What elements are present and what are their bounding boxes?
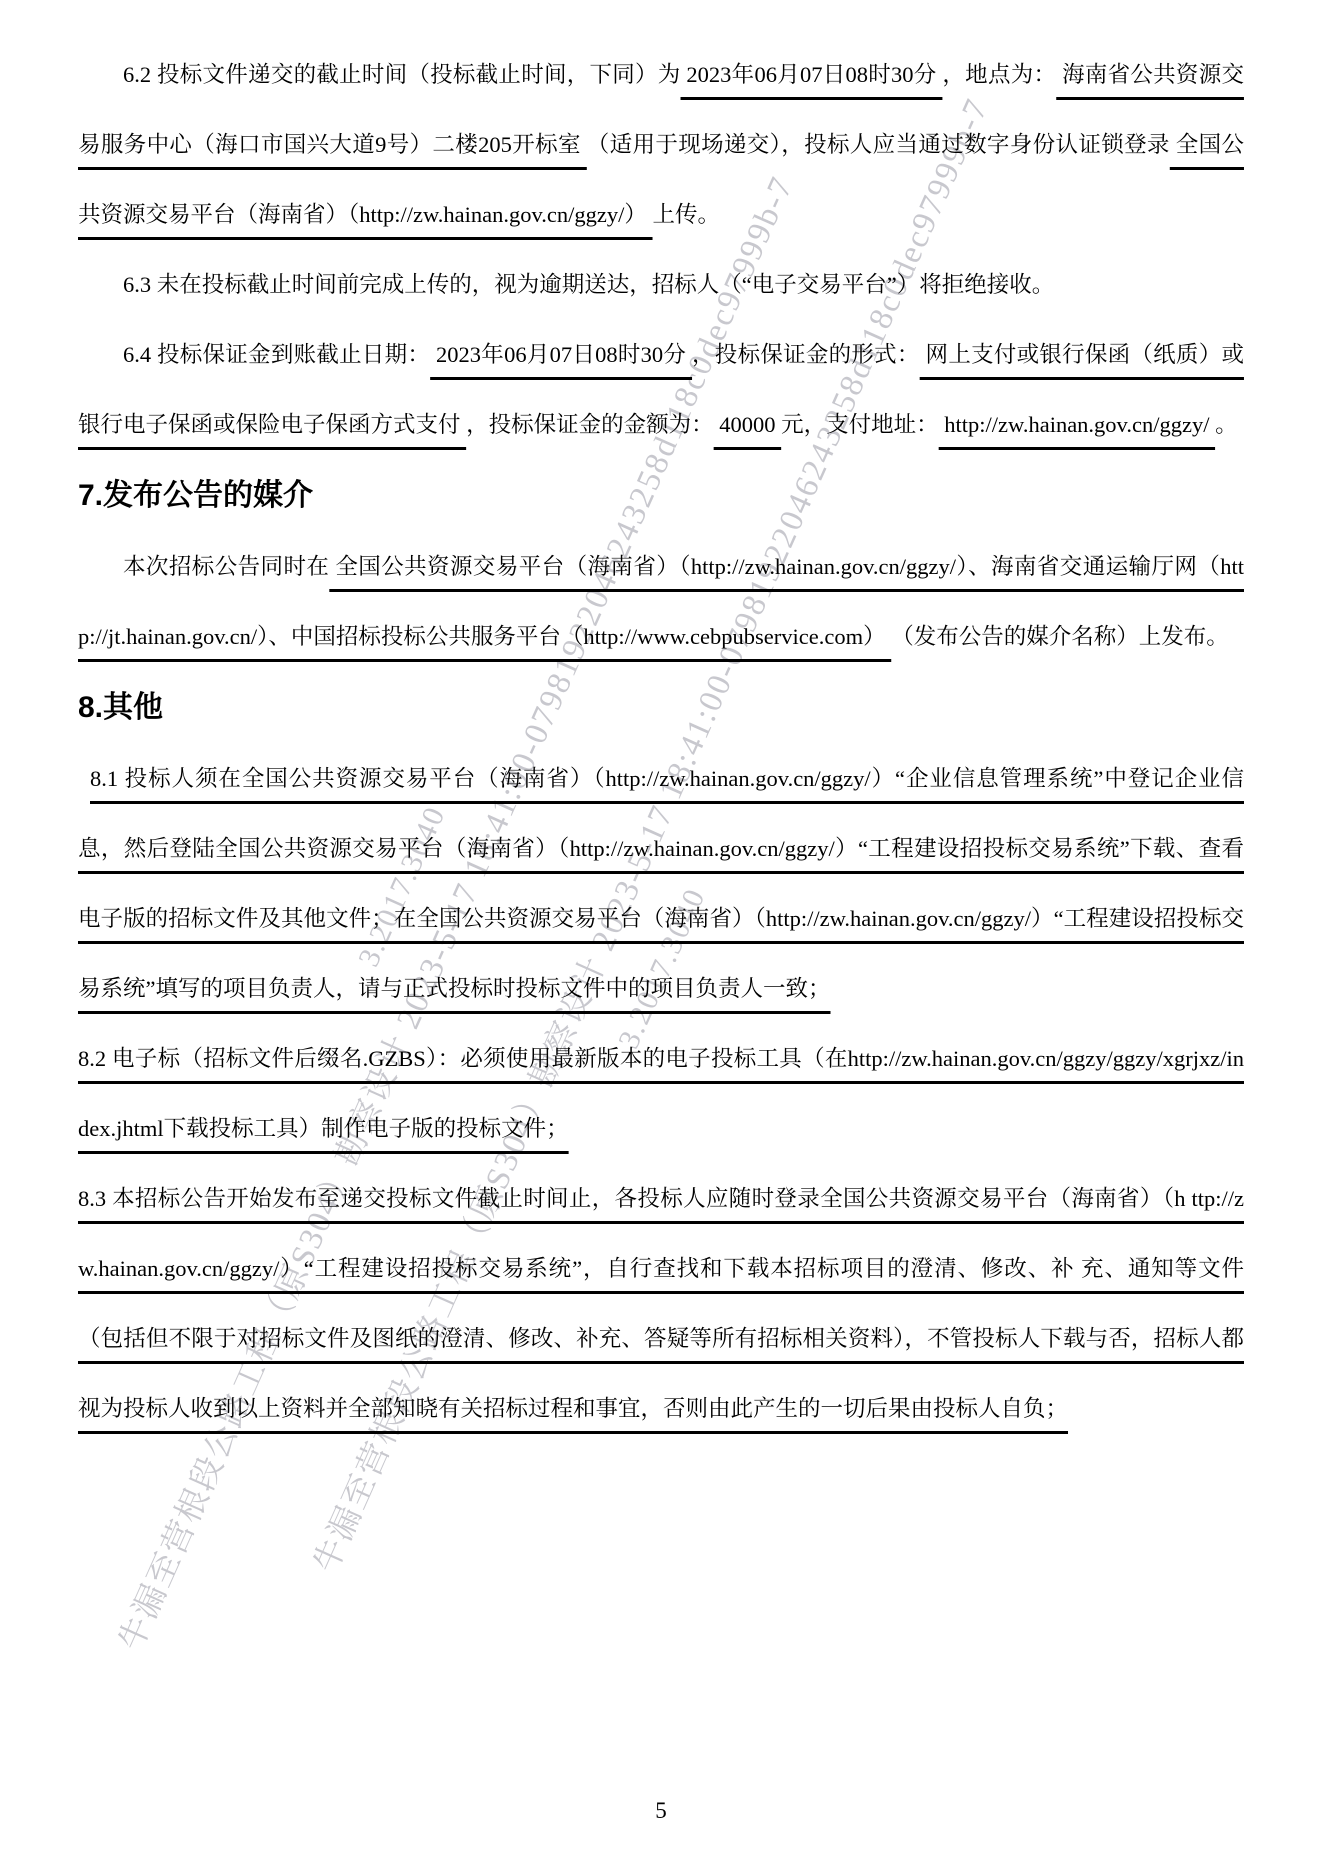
- paragraph-6-3: 6.3 未在投标截止时间前完成上传的，视为逾期送达，招标人（“电子交易平台”）将…: [78, 250, 1244, 320]
- text-run: （发布公告的媒介名称）上发布。: [891, 624, 1229, 649]
- filled-blank-deposit-amount: 40000: [714, 412, 782, 437]
- paragraph-6-2: 6.2 投标文件递交的截止时间（投标截止时间，下同）为 2023年06月07日0…: [78, 40, 1244, 250]
- document-page: 牛漏至营根段公路工程（原S304）勘察设计 2023-5-17 18:41:00…: [0, 0, 1322, 1871]
- paragraph-8-3: 8.3 本招标公告开始发布至递交投标文件截止时间止，各投标人应随时登录全国公共资…: [78, 1164, 1244, 1444]
- text-run: ，投标保证金的金额为：: [466, 412, 714, 437]
- filled-blank-bid-deadline: 2023年06月07日08时30分: [681, 62, 943, 87]
- text-run: 8.2 电子标（招标文件后缀名.GZBS）：必须使用最新版本的电子投标工具（在h…: [78, 1046, 1244, 1141]
- filled-blank-deposit-deadline: 2023年06月07日08时30分: [430, 342, 692, 367]
- page-content: 6.2 投标文件递交的截止时间（投标截止时间，下同）为 2023年06月07日0…: [78, 40, 1244, 1444]
- paragraph-6-4: 6.4 投标保证金到账截止日期： 2023年06月07日08时30分 ，投标保证…: [78, 320, 1244, 460]
- text-run: （适用于现场递交），投标人应当通过数字身份认证锁登录: [587, 132, 1170, 157]
- page-number: 5: [0, 1798, 1322, 1824]
- text-run: 6.4 投标保证金到账截止日期：: [123, 342, 430, 367]
- text-run: 6.3 未在投标截止时间前完成上传的，视为逾期送达，招标人（“电子交易平台”）将…: [123, 272, 1054, 297]
- section-8-heading: 8.其他: [78, 672, 1244, 744]
- text-run: 上传。: [653, 202, 721, 227]
- filled-blank-payment-url: http://zw.hainan.gov.cn/ggzy/: [939, 412, 1215, 437]
- text-run: 8.1 投标人须在全国公共资源交易平台（海南省）（http://zw.haina…: [78, 766, 1244, 1001]
- text-run: 。: [1215, 412, 1238, 437]
- text-run: 6.2 投标文件递交的截止时间（投标截止时间，下同）为: [123, 62, 681, 87]
- section-7-heading: 7.发布公告的媒介: [78, 460, 1244, 532]
- paragraph-7: 本次招标公告同时在 全国公共资源交易平台（海南省）（http://zw.hain…: [78, 532, 1244, 672]
- text-run: 8.3 本招标公告开始发布至递交投标文件截止时间止，各投标人应随时登录全国公共资…: [78, 1186, 1244, 1421]
- text-run: ，投标保证金的形式：: [692, 342, 920, 367]
- text-run: ，地点为：: [942, 62, 1056, 87]
- text-run: 元，支付地址：: [781, 412, 939, 437]
- paragraph-8-1: 8.1 投标人须在全国公共资源交易平台（海南省）（http://zw.haina…: [78, 744, 1244, 1024]
- text-run: 本次招标公告同时在: [123, 554, 329, 579]
- paragraph-8-2: 8.2 电子标（招标文件后缀名.GZBS）：必须使用最新版本的电子投标工具（在h…: [78, 1024, 1244, 1164]
